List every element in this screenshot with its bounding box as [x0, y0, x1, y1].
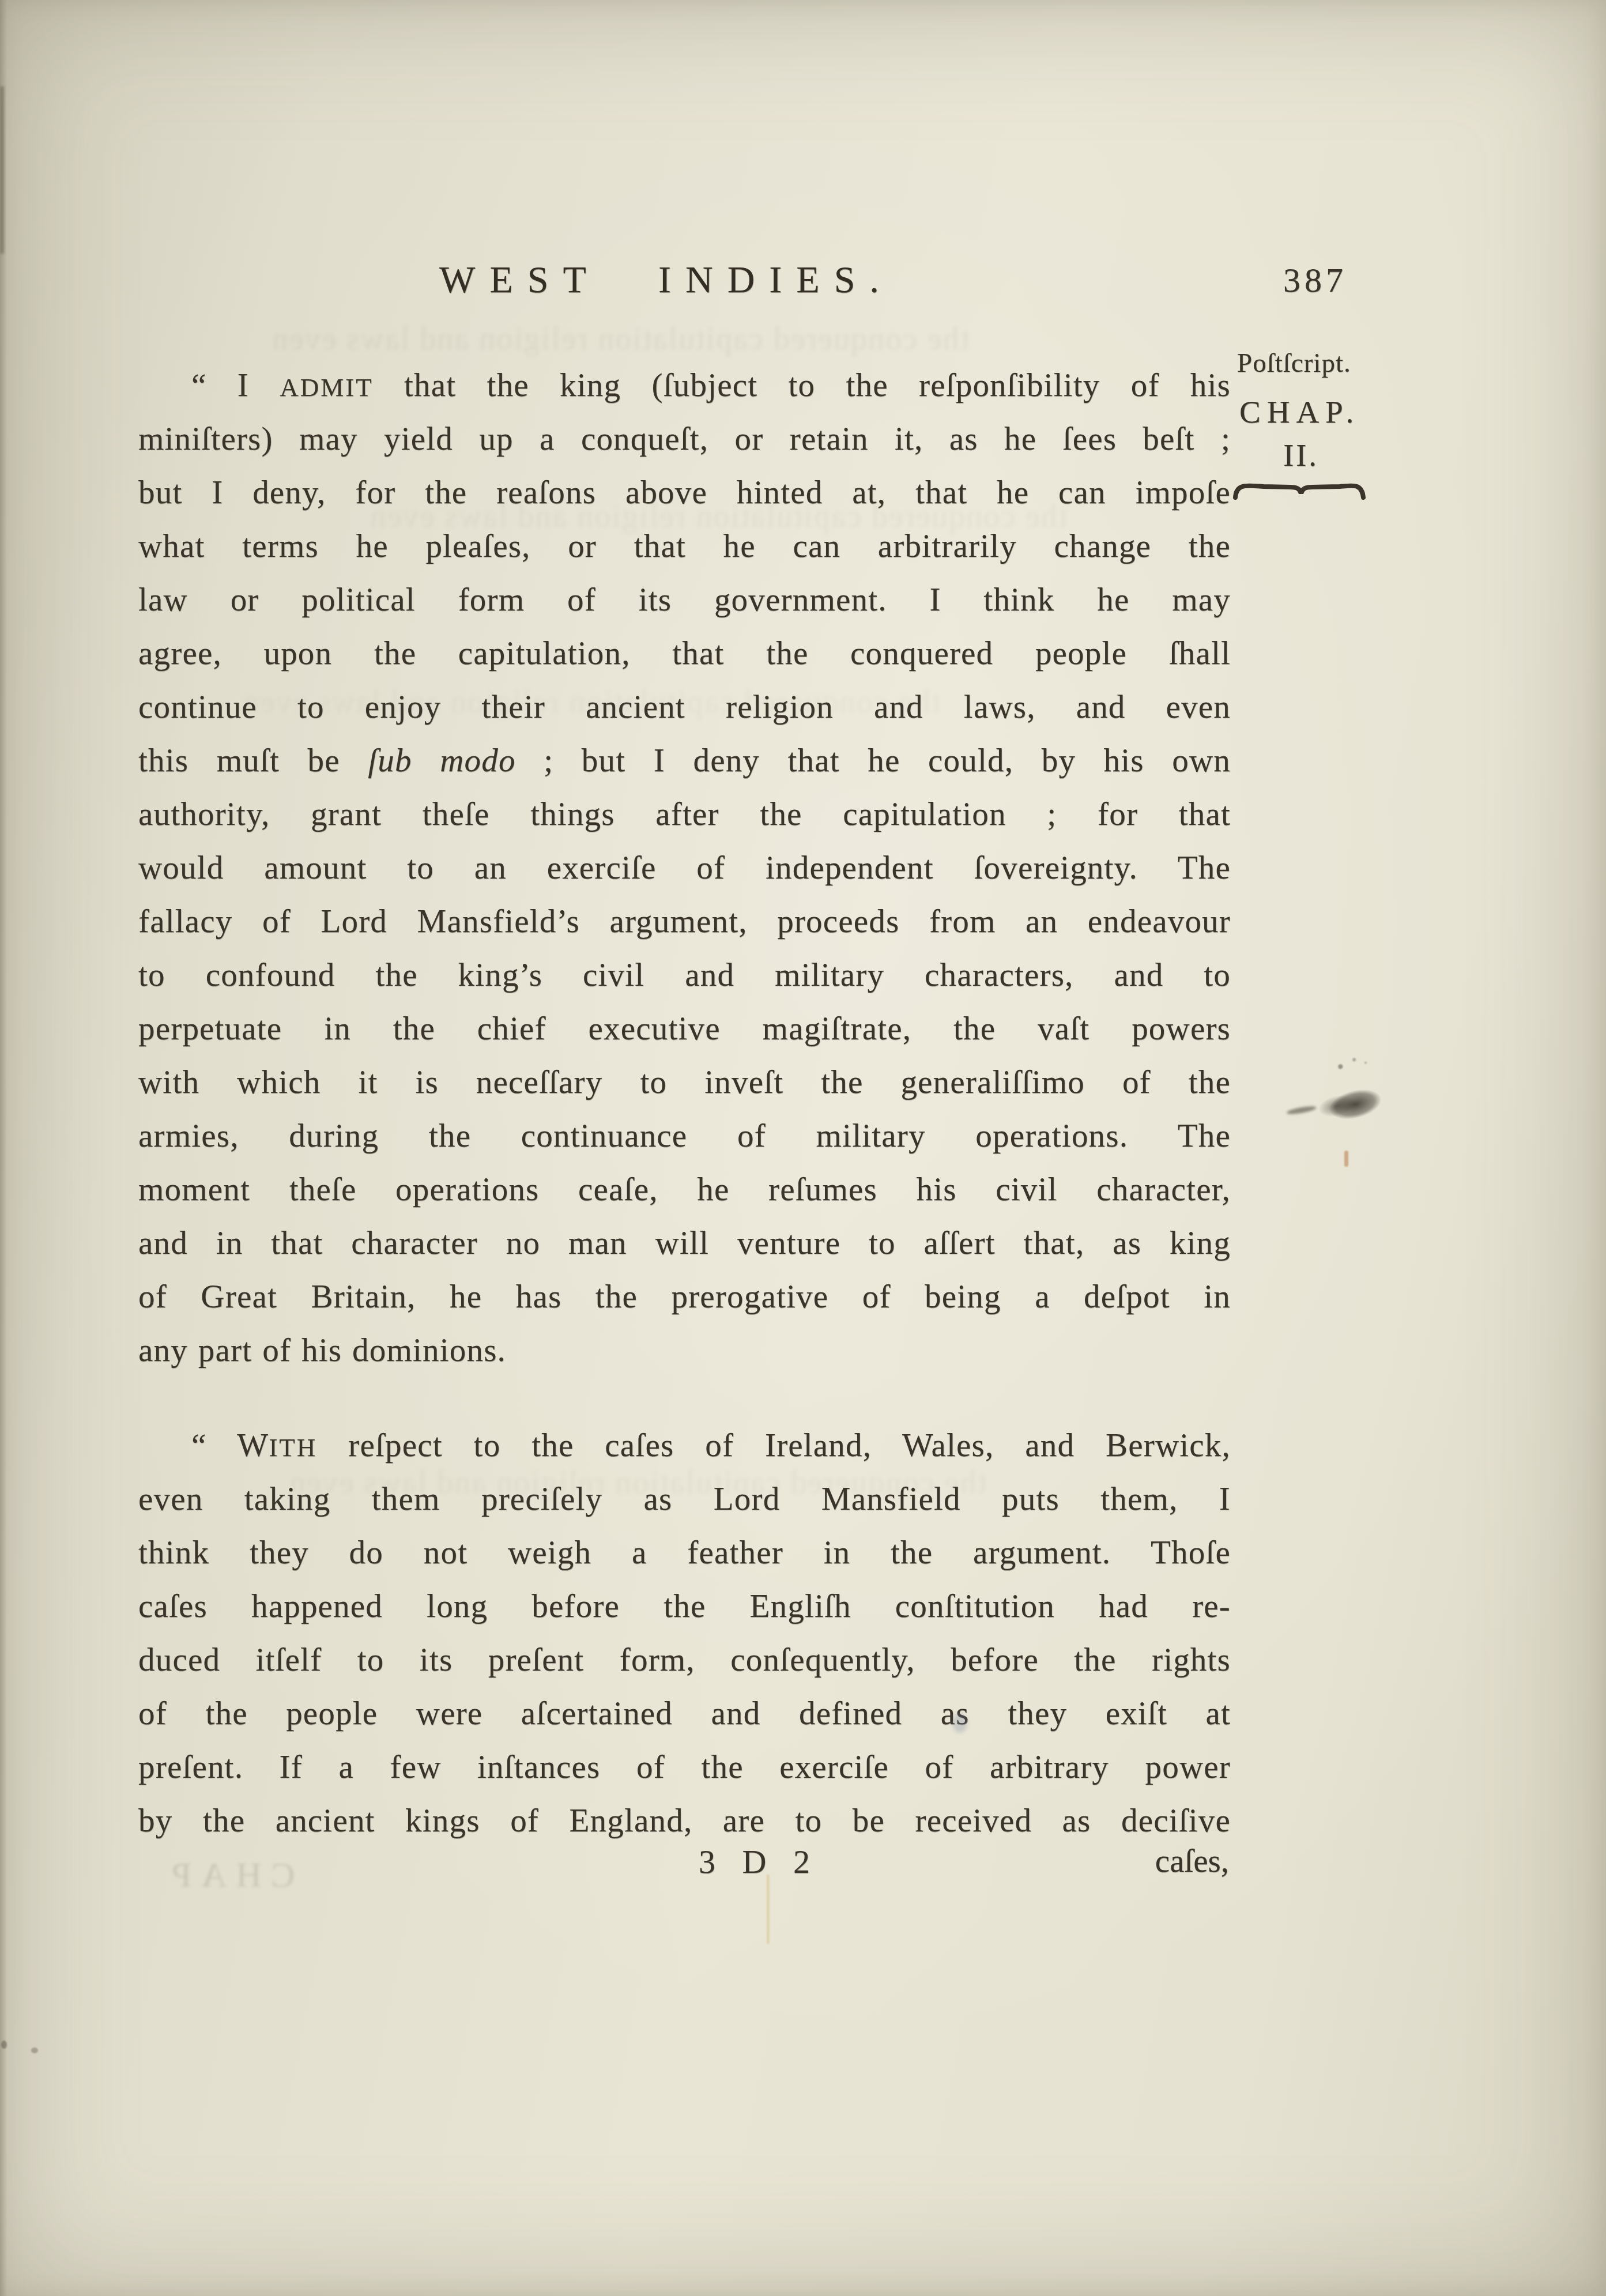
running-head: WEST INDIES.	[138, 258, 1231, 311]
text-segment: reſpect to the caſes of Ireland, Wales, …	[317, 1427, 1231, 1464]
text-line: “ WITH reſpect to the caſes of Ireland, …	[138, 1419, 1231, 1472]
text-segment: “ W	[191, 1427, 269, 1464]
text-line: fallacy of Lord Mansfield’s argument, pr…	[138, 895, 1231, 948]
text-line: with which it is neceſſary to inveſt the…	[138, 1055, 1231, 1109]
text-line: but I deny, for the reaſons above hinted…	[138, 466, 1231, 519]
text-segment: ; but I deny that he could, by his own	[516, 742, 1231, 779]
text-segment: any part of his dominions.	[138, 1332, 506, 1368]
text-line: agree, upon the capitulation, that the c…	[138, 627, 1231, 680]
italic-text: ſub modo	[368, 742, 515, 779]
text-line: law or political form of its government.…	[138, 573, 1231, 627]
text-segment: but I deny, for the reaſons above hinted…	[138, 474, 1231, 511]
page: the conquered capitulation religion and …	[0, 0, 1606, 2296]
text-line: armies, during the continuance of milita…	[138, 1109, 1231, 1163]
text-segment: by the ancient kings of England, are to …	[138, 1803, 1231, 1839]
text-line: preſent. If a few inſtances of the exerc…	[138, 1740, 1231, 1794]
text-line: “ I ADMIT that the king (ſubject to the …	[138, 359, 1231, 412]
text-segment: even taking them preciſely as Lord Mansf…	[138, 1481, 1231, 1517]
foxing-spot	[952, 1713, 967, 1733]
text-line: any part of his dominions.	[138, 1324, 1231, 1377]
text-line: continue to enjoy their ancient religion…	[138, 680, 1231, 734]
text-segment: moment theſe operations ceaſe, he reſume…	[138, 1171, 1231, 1208]
margin-note-chap: CHAP.	[1239, 394, 1360, 430]
text-segment: this muſt be	[138, 742, 368, 779]
text-segment: continue to enjoy their ancient religion…	[138, 689, 1231, 725]
scan-edge-shadow	[0, 0, 7, 2296]
text-line: of Great Britain, he has the prerogative…	[138, 1270, 1231, 1324]
text-line: what terms he pleaſes, or that he can ar…	[138, 519, 1231, 573]
small-caps-text: ITH	[269, 1433, 317, 1462]
paragraph: “ WITH reſpect to the caſes of Ireland, …	[138, 1419, 1231, 1848]
text-line: perpetuate in the chief executive magiſt…	[138, 1002, 1231, 1055]
text-segment: that the king (ſubject to the reſponſibi…	[374, 367, 1231, 404]
text-segment: with which it is neceſſary to inveſt the…	[138, 1064, 1231, 1100]
foxing-spot	[767, 1875, 770, 1944]
text-line: even taking them preciſely as Lord Mansf…	[138, 1472, 1231, 1526]
text-line: miniſters) may yield up a conqueſt, or r…	[138, 412, 1231, 466]
text-line: caſes happened long before the Engliſh c…	[138, 1579, 1231, 1633]
text-segment: armies, during the continuance of milita…	[138, 1118, 1231, 1154]
text-line: of the people were aſcertained and defin…	[138, 1687, 1231, 1740]
text-line: and in that character no man will ventur…	[138, 1216, 1231, 1270]
text-line: duced itſelf to its preſent form, conſeq…	[138, 1633, 1231, 1687]
catchword: caſes,	[1155, 1842, 1229, 1880]
text-line: think they do not weigh a feather in the…	[138, 1526, 1231, 1579]
text-segment: fallacy of Lord Mansfield’s argument, pr…	[138, 903, 1231, 940]
show-through-chap: CHAP	[163, 1855, 295, 1896]
text-line: to confound the king’s civil and militar…	[138, 948, 1231, 1002]
text-segment: think they do not weigh a feather in the…	[138, 1535, 1231, 1571]
signature-mark: 3 D 2	[699, 1842, 813, 1881]
page-title: WEST INDIES.	[439, 258, 894, 302]
text-segment: preſent. If a few inſtances of the exerc…	[138, 1749, 1231, 1785]
margin-note-chap-number: II.	[1235, 438, 1367, 473]
text-segment: miniſters) may yield up a conqueſt, or r…	[138, 421, 1231, 457]
text-segment: agree, upon the capitulation, that the c…	[138, 635, 1231, 672]
text-segment: “ I	[191, 367, 280, 404]
brace-ornament-icon	[1231, 477, 1367, 507]
text-line: this muſt be ſub modo ; but I deny that …	[138, 734, 1231, 787]
text-line: would amount to an exerciſe of independe…	[138, 841, 1231, 895]
text-line: by the ancient kings of England, are to …	[138, 1794, 1231, 1848]
paragraph: “ I ADMIT that the king (ſubject to the …	[138, 359, 1231, 1377]
scan-edge-mark	[1, 2041, 7, 2049]
text-segment: law or political form of its government.…	[138, 582, 1231, 618]
text-segment: to confound the king’s civil and militar…	[138, 957, 1231, 993]
text-segment: caſes happened long before the Engliſh c…	[138, 1588, 1231, 1624]
text-segment: and in that character no man will ventur…	[138, 1225, 1231, 1261]
text-line: moment theſe operations ceaſe, he reſume…	[138, 1163, 1231, 1216]
text-segment: authority, grant theſe things after the …	[138, 796, 1231, 832]
text-segment: of Great Britain, he has the prerogative…	[138, 1279, 1231, 1315]
text-segment: of the people were aſcertained and defin…	[138, 1695, 1231, 1732]
show-through-ghost: the conquered capitulation religion and …	[271, 321, 969, 357]
body-text: “ I ADMIT that the king (ſubject to the …	[138, 359, 1231, 1848]
text-segment: what terms he pleaſes, or that he can ar…	[138, 528, 1231, 564]
page-number: 387	[1283, 261, 1347, 300]
small-caps-text: ADMIT	[280, 373, 374, 402]
paper-speck	[31, 2048, 38, 2053]
ink-smudge	[1303, 1073, 1389, 1138]
scan-edge-mark	[0, 86, 4, 254]
foxing-spot	[1344, 1151, 1348, 1167]
margin-note-postscript: Poſtſcript.	[1237, 348, 1351, 379]
text-segment: would amount to an exerciſe of independe…	[138, 850, 1231, 886]
scanned-book-page: { "header": { "title": "WEST INDIES.", "…	[0, 0, 1606, 2296]
text-line: authority, grant theſe things after the …	[138, 787, 1231, 841]
text-segment: perpetuate in the chief executive magiſt…	[138, 1011, 1231, 1047]
text-segment: duced itſelf to its preſent form, conſeq…	[138, 1642, 1231, 1678]
